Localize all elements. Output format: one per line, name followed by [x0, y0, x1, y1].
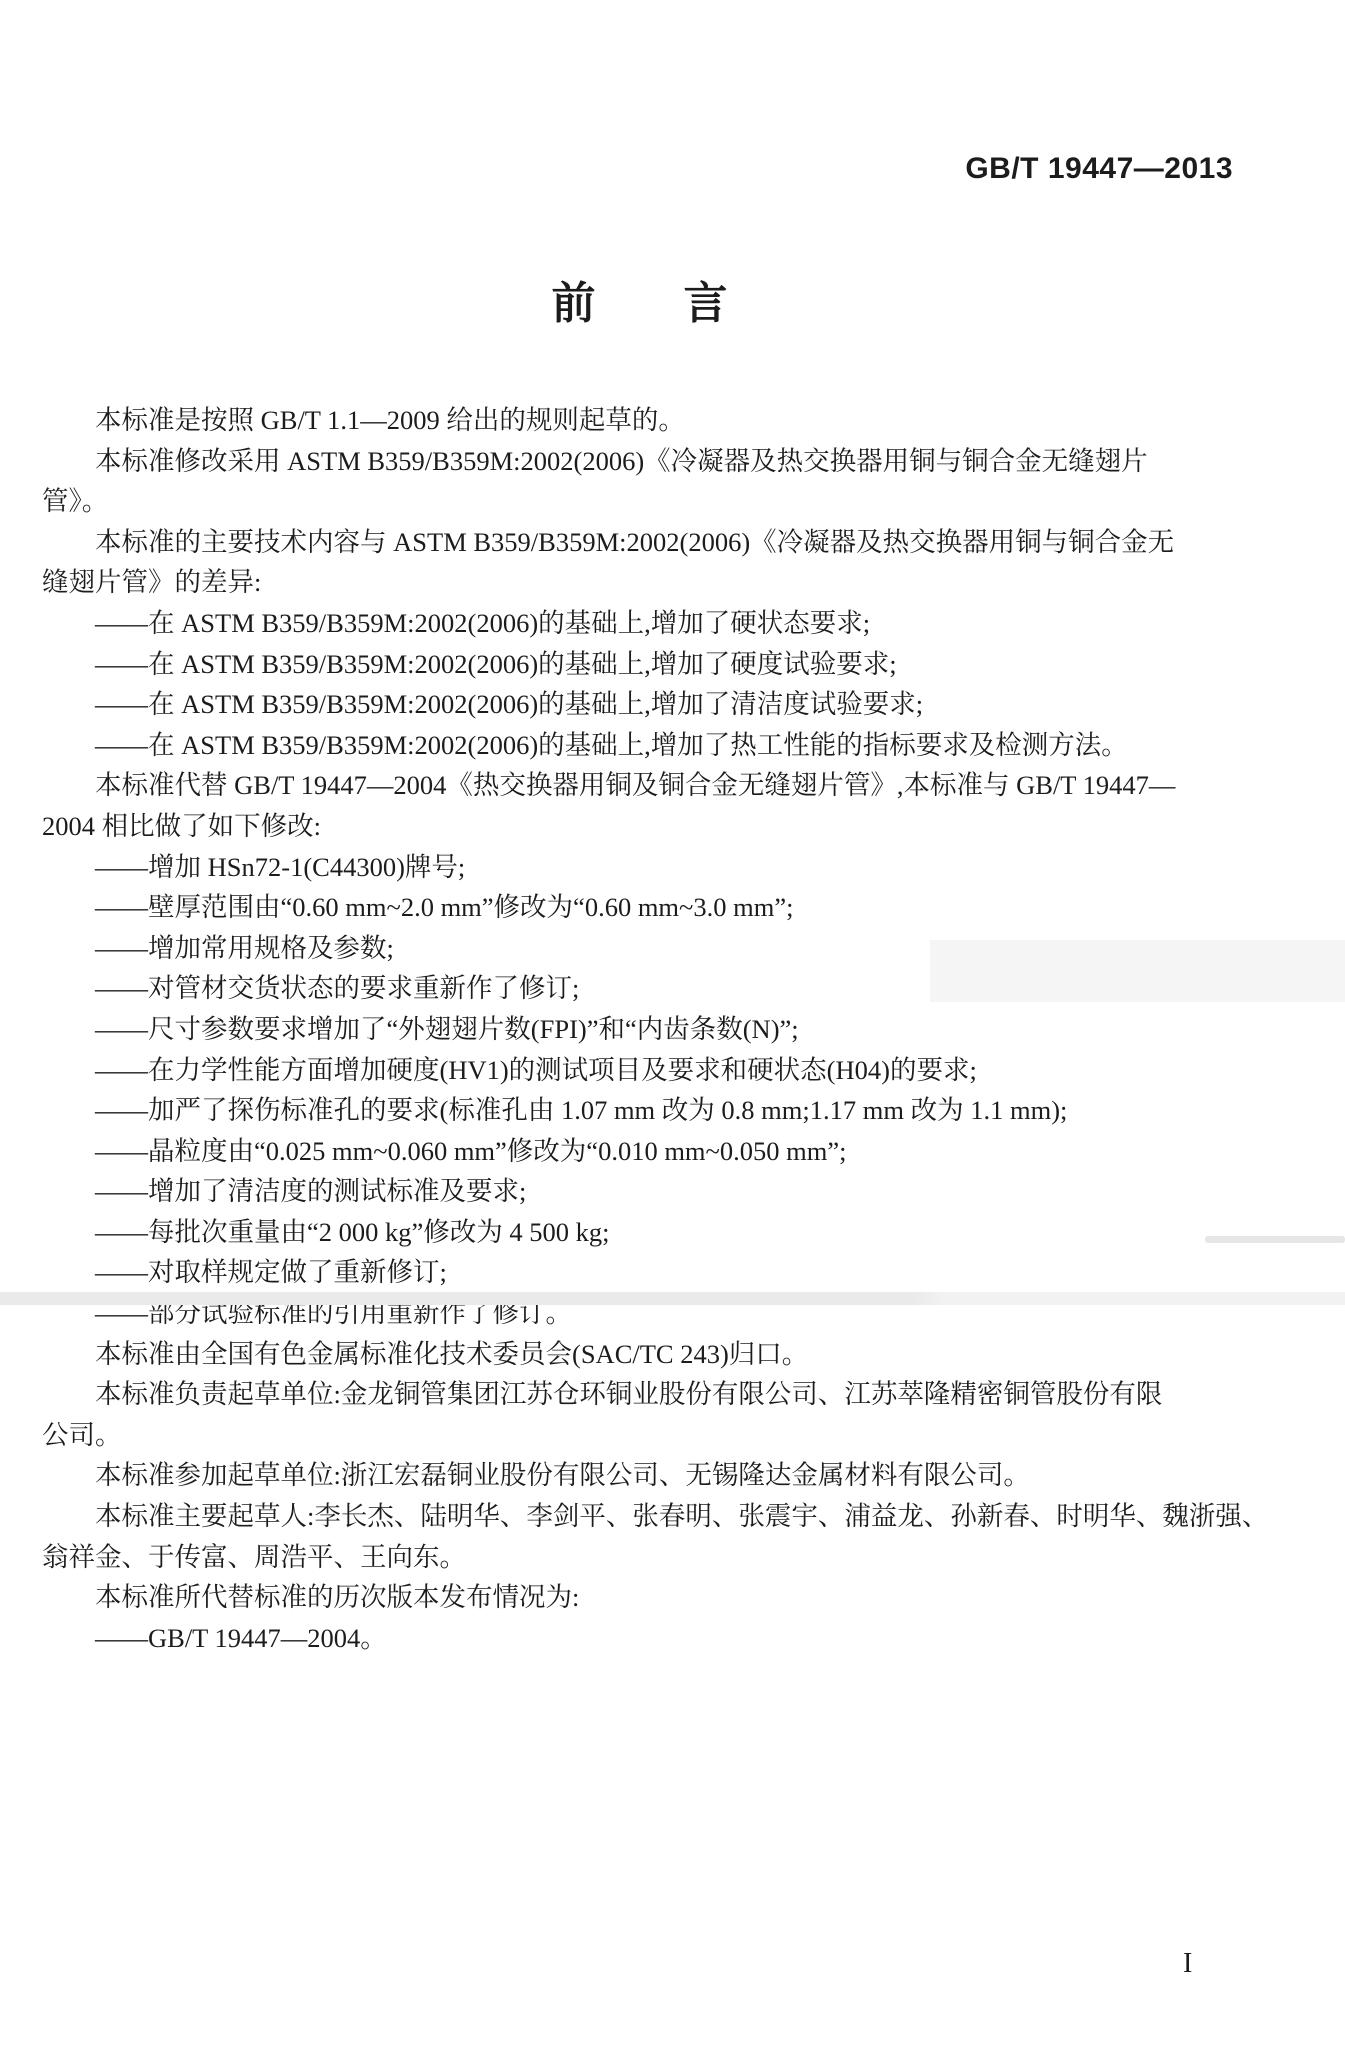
text-line: 本标准所代替标准的历次版本发布情况为: [42, 1577, 1242, 1618]
text-line: ——加严了探伤标准孔的要求(标准孔由 1.07 mm 改为 0.8 mm;1.1… [42, 1090, 1242, 1131]
text-line: 2004 相比做了如下修改: [42, 806, 1242, 847]
text-line: 本标准参加起草单位:浙江宏磊铜业股份有限公司、无锡隆达金属材料有限公司。 [42, 1455, 1242, 1496]
standard-code: GB/T 19447—2013 [965, 152, 1233, 186]
text-line: ——晶粒度由“0.025 mm~0.060 mm”修改为“0.010 mm~0.… [42, 1131, 1242, 1172]
text-line: 本标准由全国有色金属标准化技术委员会(SAC/TC 243)归口。 [42, 1334, 1242, 1375]
text-line: 本标准是按照 GB/T 1.1—2009 给出的规则起草的。 [42, 400, 1242, 441]
text-line: 管》。 [42, 481, 1242, 522]
text-line: ——GB/T 19447—2004。 [42, 1618, 1242, 1659]
text-line: ——对管材交货状态的要求重新作了修订; [42, 968, 1242, 1009]
text-line: ——在 ASTM B359/B359M:2002(2006)的基础上,增加了热工… [42, 725, 1242, 766]
text-line: ——壁厚范围由“0.60 mm~2.0 mm”修改为“0.60 mm~3.0 m… [42, 887, 1242, 928]
document-body: 本标准是按照 GB/T 1.1—2009 给出的规则起草的。本标准修改采用 AS… [42, 400, 1242, 1658]
text-line: 本标准修改采用 ASTM B359/B359M:2002(2006)《冷凝器及热… [42, 441, 1242, 482]
text-line: ——尺寸参数要求增加了“外翅翅片数(FPI)”和“内齿条数(N)”; [42, 1009, 1242, 1050]
text-line: 本标准的主要技术内容与 ASTM B359/B359M:2002(2006)《冷… [42, 522, 1242, 563]
text-line: 本标准主要起草人:李长杰、陆明华、李剑平、张春明、张震宇、浦益龙、孙新春、时明华… [42, 1496, 1242, 1537]
text-line: ——在力学性能方面增加硬度(HV1)的测试项目及要求和硬状态(H04)的要求; [42, 1050, 1242, 1091]
text-line: ——在 ASTM B359/B359M:2002(2006)的基础上,增加了硬状… [42, 603, 1242, 644]
text-line: 缝翅片管》的差异: [42, 562, 1242, 603]
text-line: ——对取样规定做了重新修订; [42, 1252, 1242, 1293]
text-line: ——在 ASTM B359/B359M:2002(2006)的基础上,增加了硬度… [42, 644, 1242, 685]
text-line: ——部分试验标准的引用重新作了修订。 [42, 1293, 1242, 1334]
document-page: GB/T 19447—2013 前 言 本标准是按照 GB/T 1.1—2009… [0, 0, 1345, 2048]
text-line: 翁祥金、于传富、周浩平、王向东。 [42, 1537, 1242, 1578]
text-line: ——每批次重量由“2 000 kg”修改为 4 500 kg; [42, 1212, 1242, 1253]
text-line: 公司。 [42, 1415, 1242, 1456]
page-number: I [1183, 1950, 1192, 1978]
text-line: ——增加常用规格及参数; [42, 928, 1242, 969]
text-line: 本标准代替 GB/T 19447—2004《热交换器用铜及铜合金无缝翅片管》,本… [42, 765, 1242, 806]
text-line: ——增加 HSn72-1(C44300)牌号; [42, 847, 1242, 888]
text-line: ——在 ASTM B359/B359M:2002(2006)的基础上,增加了清洁… [42, 684, 1242, 725]
text-line: ——增加了清洁度的测试标准及要求; [42, 1171, 1242, 1212]
page-title: 前 言 [42, 280, 1237, 328]
text-line: 本标准负责起草单位:金龙铜管集团江苏仓环铜业股份有限公司、江苏萃隆精密铜管股份有… [42, 1374, 1242, 1415]
